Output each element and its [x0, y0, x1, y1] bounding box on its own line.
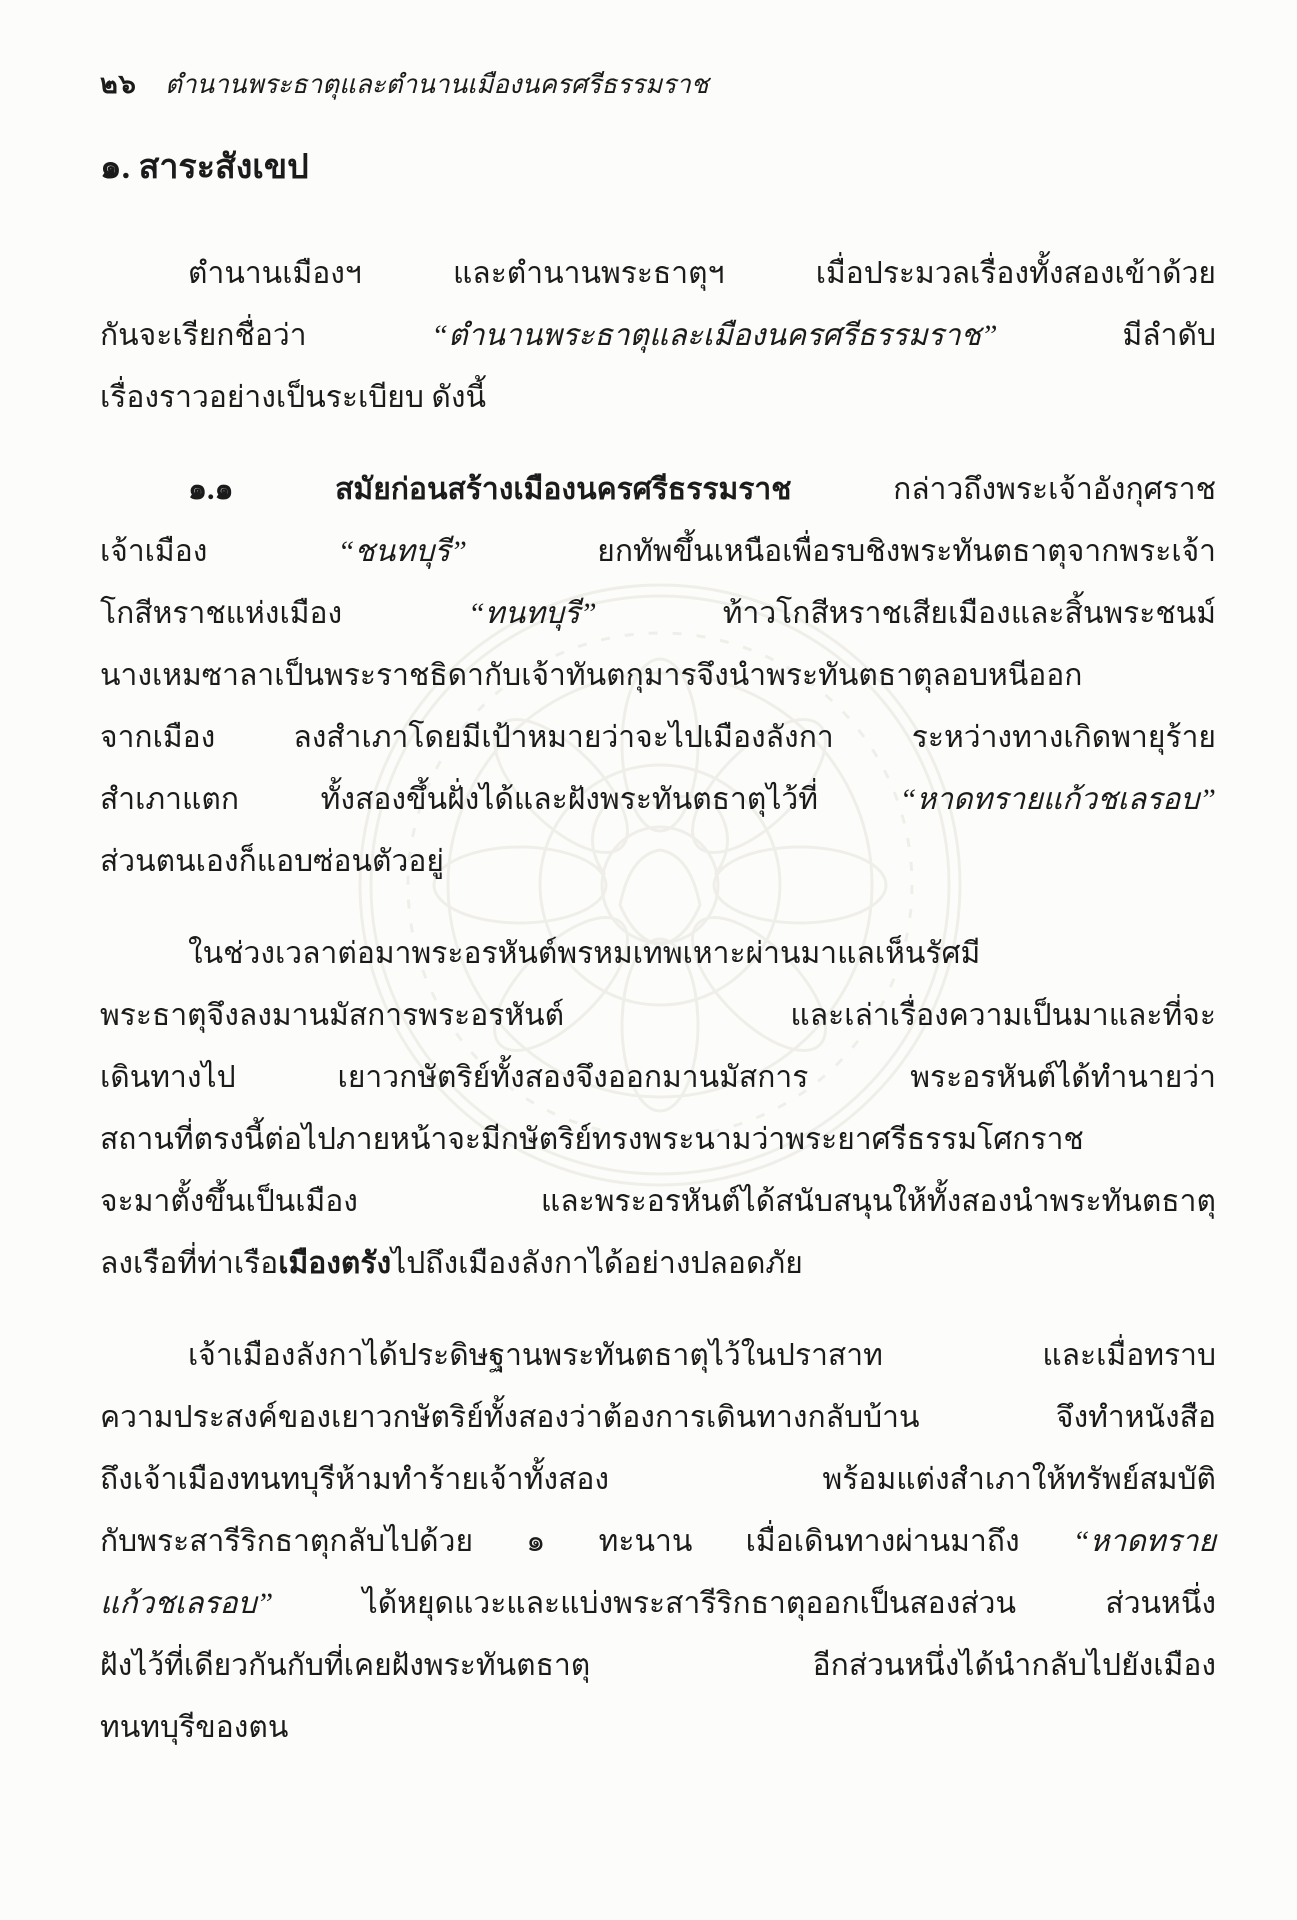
body-text: ส่วนตนเองก็แอบซ่อนตัวอยู่ [100, 845, 444, 878]
italic-text: “ตำนานพระธาตุและเมืองนครศรีธรรมราช” [431, 319, 997, 352]
body-text: เจ้าเมืองลังกาได้ประดิษฐานพระทันตธาตุไว้… [188, 1339, 1216, 1372]
text-line: แก้วชเลรอบ” ได้หยุดแวะและแบ่งพระสารีริกธ… [100, 1573, 1216, 1635]
text-line: ฝังไว้ที่เดียวกันกับที่เคยฝังพระทันตธาตุ… [100, 1635, 1216, 1697]
running-title: ตำนานพระธาตุและตำนานเมืองนครศรีธรรมราช [165, 70, 708, 99]
section-heading: ๑. สาระสังเขป [100, 148, 309, 189]
text-line: ถึงเจ้าเมืองทนทบุรีห้ามทำร้ายเจ้าทั้งสอง… [100, 1449, 1216, 1511]
body-text: ทนทบุรีของตน [100, 1711, 288, 1744]
text-line: ๑.๑ สมัยก่อนสร้างเมืองนครศรีธรรมราช กล่า… [100, 459, 1216, 521]
page-header: ๒๖ตำนานพระธาตุและตำนานเมืองนครศรีธรรมราช [100, 62, 1217, 105]
text-line: พระธาตุจึงลงมานมัสการพระอรหันต์ และเล่าเ… [100, 985, 1216, 1047]
body-text: ได้หยุดแวะและแบ่งพระสารีริกธาตุออกเป็นสอ… [273, 1587, 1216, 1620]
body-text: ท้าวโกสีหราชเสียเมืองและสิ้นพระชนม์ [597, 597, 1216, 630]
body-text: ถึงเจ้าเมืองทนทบุรีห้ามทำร้ายเจ้าทั้งสอง… [100, 1463, 1216, 1496]
italic-text: “ทนทบุรี” [468, 597, 597, 630]
body-text: มีลำดับ [998, 319, 1216, 352]
italic-text: “ชนทบุรี” [338, 535, 467, 568]
body-text: ฝังไว้ที่เดียวกันกับที่เคยฝังพระทันตธาตุ… [100, 1649, 1216, 1682]
text-line: เจ้าเมือง “ชนทบุรี” ยกทัพขึ้นเหนือเพื่อร… [100, 521, 1216, 583]
text-line: กับพระสารีริกธาตุกลับไปด้วย ๑ ทะนาน เมื่… [100, 1511, 1216, 1573]
text-line: สำเภาแตก ทั้งสองขึ้นฝั่งได้และฝังพระทันต… [100, 769, 1216, 831]
body-text: เรื่องราวอย่างเป็นระเบียบ ดังนี้ [100, 381, 486, 414]
paragraph: ในช่วงเวลาต่อมาพระอรหันต์พรหมเทพเหาะผ่าน… [100, 923, 1216, 1295]
paragraph: ๑.๑ สมัยก่อนสร้างเมืองนครศรีธรรมราช กล่า… [100, 459, 1216, 893]
document-page: ๒๖ตำนานพระธาตุและตำนานเมืองนครศรีธรรมราช… [0, 0, 1297, 1920]
body-text: นางเหมซาลาเป็นพระราชธิดากับเจ้าทันตกุมาร… [100, 659, 1082, 692]
text-line: ในช่วงเวลาต่อมาพระอรหันต์พรหมเทพเหาะผ่าน… [100, 923, 1216, 985]
body-text: ในช่วงเวลาต่อมาพระอรหันต์พรหมเทพเหาะผ่าน… [188, 937, 980, 970]
body-text: กันจะเรียกชื่อว่า [100, 319, 431, 352]
italic-text: “หาดทราย [1073, 1525, 1216, 1558]
body-text: ความประสงค์ของเยาวกษัตริย์ทั้งสองว่าต้อง… [100, 1401, 1216, 1434]
text-line: โกสีหราชแห่งเมือง “ทนทบุรี” ท้าวโกสีหราช… [100, 583, 1216, 645]
body-text: ไปถึงเมืองลังกาได้อย่างปลอดภัย [391, 1247, 803, 1280]
body-text: เจ้าเมือง [100, 535, 338, 568]
body-text: ตำนานเมืองฯ และตำนานพระธาตุฯ เมื่อประมวล… [188, 257, 1216, 290]
body-text: จะมาตั้งขึ้นเป็นเมือง และพระอรหันต์ได้สน… [100, 1185, 1216, 1218]
body-text: ลงเรือที่ท่าเรือ [100, 1247, 278, 1280]
bold-text: ๑.๑ สมัยก่อนสร้างเมืองนครศรีธรรมราช [188, 473, 792, 506]
body-text: เดินทางไป เยาวกษัตริย์ทั้งสองจึงออกมานมั… [100, 1061, 1216, 1094]
text-line: ทนทบุรีของตน [100, 1697, 1216, 1759]
text-line: จากเมือง ลงสำเภาโดยมีเป้าหมายว่าจะไปเมือ… [100, 707, 1216, 769]
text-line: จะมาตั้งขึ้นเป็นเมือง และพระอรหันต์ได้สน… [100, 1171, 1216, 1233]
text-line: ความประสงค์ของเยาวกษัตริย์ทั้งสองว่าต้อง… [100, 1387, 1216, 1449]
body-text: กับพระสารีริกธาตุกลับไปด้วย ๑ ทะนาน เมื่… [100, 1525, 1073, 1558]
body-text: จากเมือง ลงสำเภาโดยมีเป้าหมายว่าจะไปเมือ… [100, 721, 1216, 754]
paragraph: เจ้าเมืองลังกาได้ประดิษฐานพระทันตธาตุไว้… [100, 1325, 1216, 1759]
body-text: กล่าวถึงพระเจ้าอังกุศราช [792, 473, 1216, 506]
text-line: ลงเรือที่ท่าเรือเมืองตรังไปถึงเมืองลังกา… [100, 1233, 1216, 1295]
text-line: เรื่องราวอย่างเป็นระเบียบ ดังนี้ [100, 367, 1216, 429]
body-text: ยกทัพขึ้นเหนือเพื่อรบชิงพระทันตธาตุจากพร… [467, 535, 1216, 568]
page-number: ๒๖ [100, 69, 137, 99]
text-line: ตำนานเมืองฯ และตำนานพระธาตุฯ เมื่อประมวล… [100, 243, 1216, 305]
italic-text: “หาดทรายแก้วชเลรอบ” [900, 783, 1216, 816]
document-body: ตำนานเมืองฯ และตำนานพระธาตุฯ เมื่อประมวล… [100, 243, 1216, 1789]
text-line: ส่วนตนเองก็แอบซ่อนตัวอยู่ [100, 831, 1216, 893]
body-text: พระธาตุจึงลงมานมัสการพระอรหันต์ และเล่าเ… [100, 999, 1216, 1032]
text-line: เดินทางไป เยาวกษัตริย์ทั้งสองจึงออกมานมั… [100, 1047, 1216, 1109]
text-line: นางเหมซาลาเป็นพระราชธิดากับเจ้าทันตกุมาร… [100, 645, 1216, 707]
italic-text: แก้วชเลรอบ” [100, 1587, 273, 1620]
body-text: สถานที่ตรงนี้ต่อไปภายหน้าจะมีกษัตริย์ทรง… [100, 1123, 1084, 1156]
body-text: โกสีหราชแห่งเมือง [100, 597, 468, 630]
text-line: สถานที่ตรงนี้ต่อไปภายหน้าจะมีกษัตริย์ทรง… [100, 1109, 1216, 1171]
bold-text: เมืองตรัง [278, 1247, 391, 1280]
body-text: สำเภาแตก ทั้งสองขึ้นฝั่งได้และฝังพระทันต… [100, 783, 900, 816]
text-line: เจ้าเมืองลังกาได้ประดิษฐานพระทันตธาตุไว้… [100, 1325, 1216, 1387]
paragraph: ตำนานเมืองฯ และตำนานพระธาตุฯ เมื่อประมวล… [100, 243, 1216, 429]
text-line: กันจะเรียกชื่อว่า “ตำนานพระธาตุและเมืองน… [100, 305, 1216, 367]
